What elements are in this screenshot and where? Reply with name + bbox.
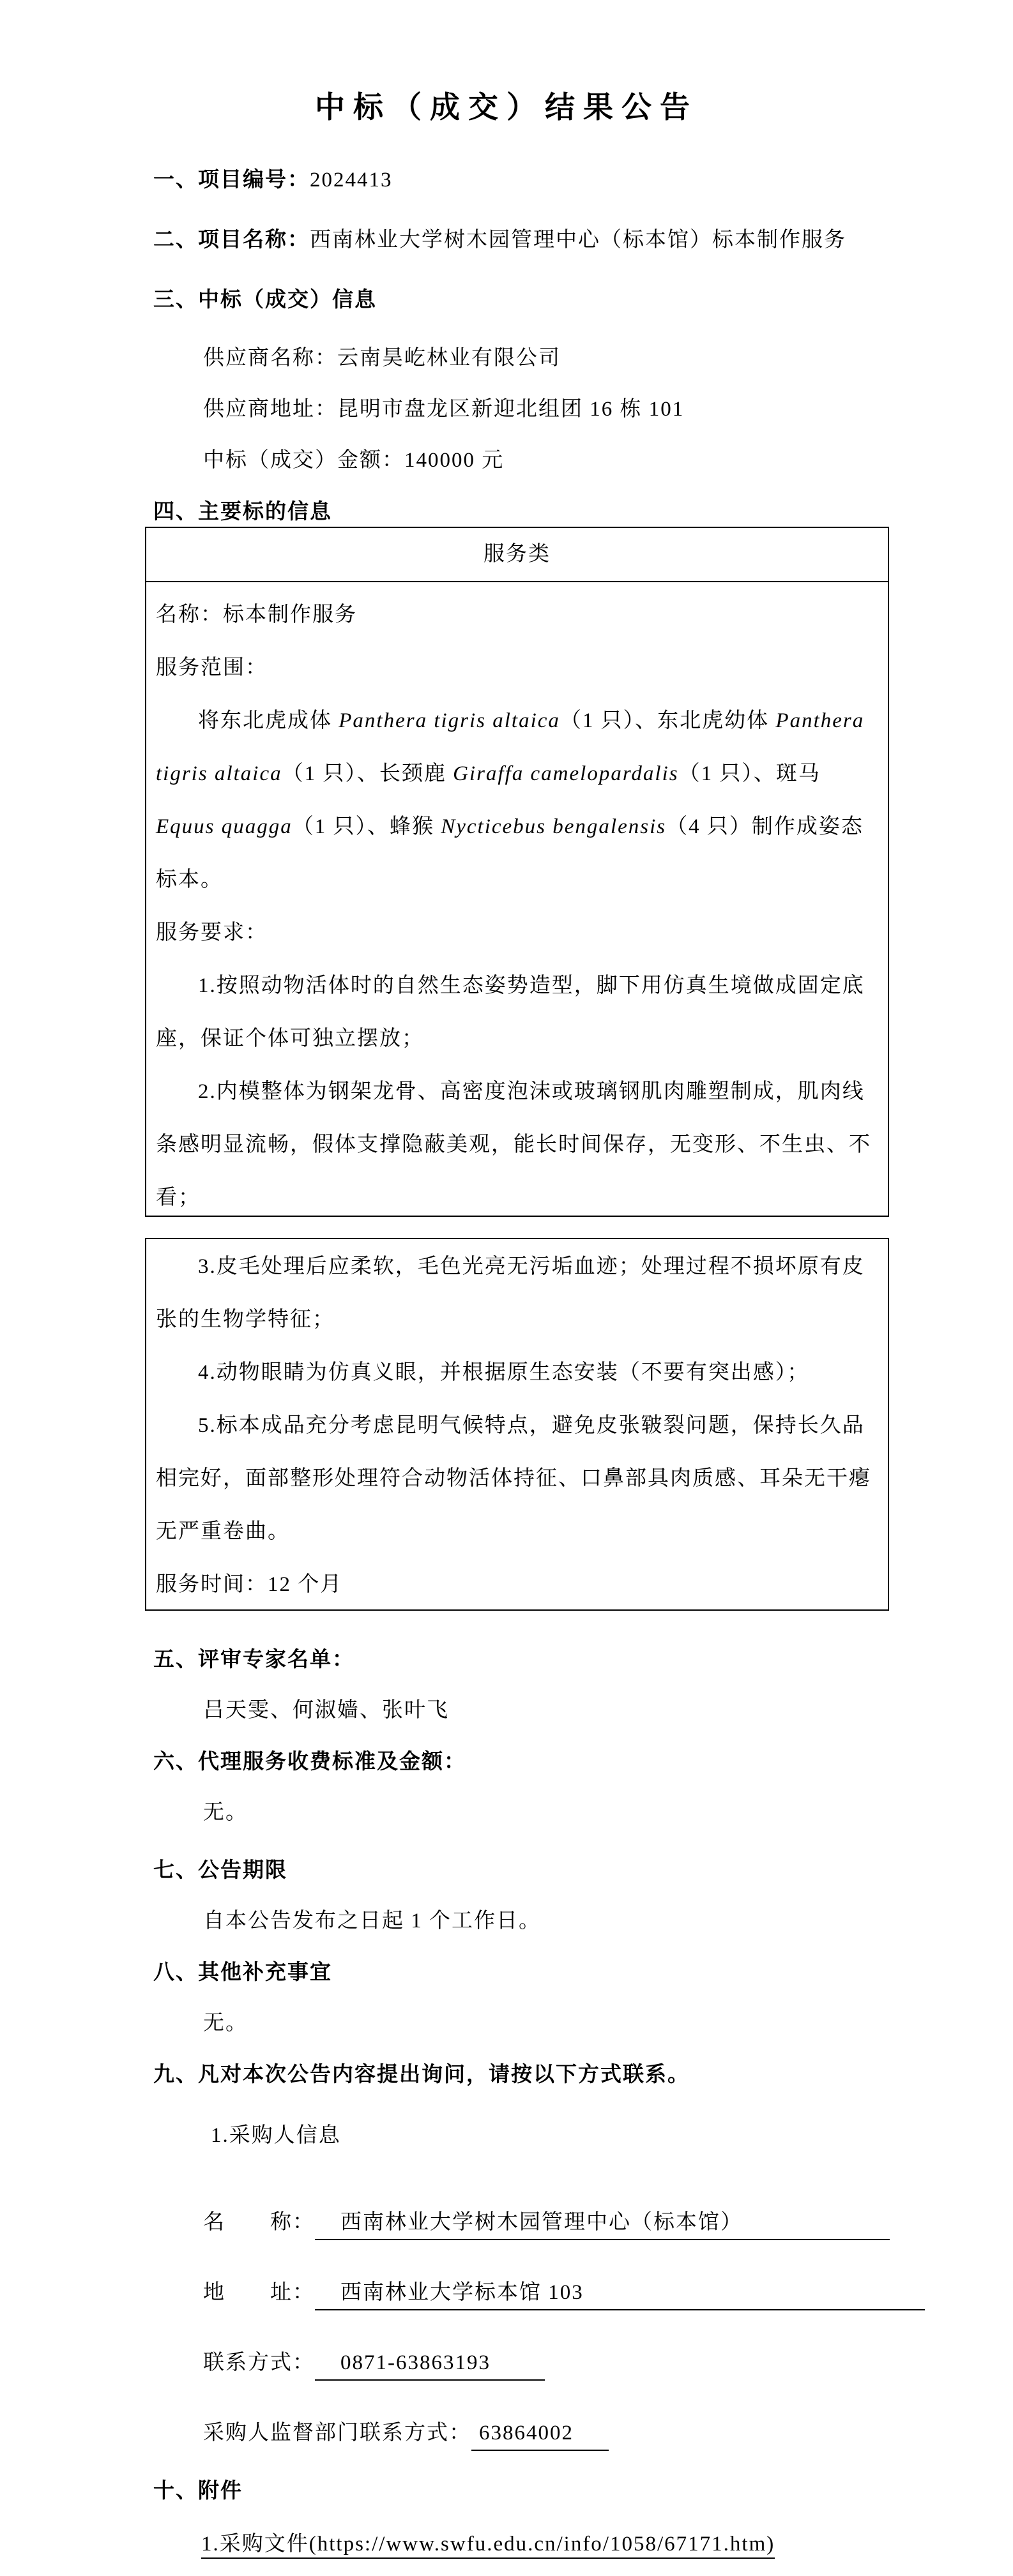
service-requirement-5: 5.标本成品充分考虑昆明气候特点，避免皮张皲裂问题，保持长久品相完好，面部整形处… — [156, 1399, 879, 1558]
attachment-link[interactable]: 1.采购文件(https://www.swfu.edu.cn/info/1058… — [201, 2533, 775, 2559]
award-amount-line: 中标（成交）金额：140000 元 — [203, 446, 504, 475]
service-scope-paragraph: 将东北虎成体 Panthera tigris altaica（1 只）、东北虎幼… — [156, 695, 879, 907]
purchaser-info-title: 1.采购人信息 — [211, 2121, 341, 2150]
project-number-value: 2024413 — [310, 169, 393, 192]
attachment-link-line: 1.采购文件(https://www.swfu.edu.cn/info/1058… — [201, 2529, 775, 2559]
section-notice-period-heading: 七、公告期限 — [153, 1855, 287, 1885]
section-agency-fee-heading: 六、代理服务收费标准及金额： — [153, 1747, 466, 1776]
experts-names-line: 吕天雯、何淑嫱、张叶飞 — [203, 1696, 449, 1725]
purchaser-name-value: 西南林业大学树木园管理中心（标本馆） — [315, 2208, 890, 2240]
section-project-name-label: 二、项目名称： — [153, 227, 310, 251]
section-award-info-heading: 三、中标（成交）信息 — [153, 285, 377, 314]
purchaser-phone-line: 联系方式：0871-63863193 — [203, 2348, 545, 2381]
notice-period-value-line: 自本公告发布之日起 1 个工作日。 — [203, 1906, 541, 1936]
section-project-number: 一、项目编号：2024413 — [153, 165, 393, 195]
purchaser-phone-value: 0871-63863193 — [315, 2348, 545, 2381]
doc-title: 中标（成交）结果公告 — [0, 88, 1013, 126]
section-project-number-label: 一、项目编号： — [153, 167, 310, 191]
agency-fee-value-line: 无。 — [203, 1798, 248, 1827]
service-requirement-2: 2.内模整体为钢架龙骨、高密度泡沫或玻璃钢肌肉雕塑制成，肌肉线条感明显流畅，假体… — [156, 1066, 879, 1217]
supplier-name-line: 供应商名称：云南昊屹林业有限公司 — [203, 343, 561, 373]
other-matters-value-line: 无。 — [203, 2008, 248, 2038]
section-subject-info-heading: 四、主要标的信息 — [153, 497, 332, 526]
section-contact-heading: 九、凡对本次公告内容提出询问，请按以下方式联系。 — [153, 2060, 690, 2089]
subject-table-part2: 3.皮毛处理后应柔软，毛色光亮无污垢血迹；处理过程不损坏原有皮张的生物学特征； … — [145, 1238, 889, 1611]
purchaser-address-value: 西南林业大学标本馆 103 — [315, 2278, 925, 2310]
section-attachment-heading: 十、附件 — [153, 2476, 243, 2505]
section-project-name: 二、项目名称：西南林业大学树木园管理中心（标本馆）标本制作服务 — [153, 225, 846, 255]
service-requirement-1: 1.按照动物活体时的自然生态姿势造型，脚下用仿真生境做成固定底座，保证个体可独立… — [156, 960, 879, 1066]
project-name-value: 西南林业大学树木园管理中心（标本馆）标本制作服务 — [310, 229, 846, 252]
supervisor-contact-line: 采购人监督部门联系方式：63864002 — [203, 2418, 609, 2451]
subject-table-body2: 3.皮毛处理后应柔软，毛色光亮无污垢血迹；处理过程不损坏原有皮张的生物学特征； … — [146, 1239, 888, 1611]
purchaser-address-label: 地 址： — [203, 2281, 315, 2304]
subject-name-line: 名称：标本制作服务 — [156, 589, 879, 642]
service-scope-label: 服务范围： — [156, 642, 879, 695]
subject-table-body1: 名称：标本制作服务 服务范围： 将东北虎成体 Panthera tigris a… — [146, 582, 888, 1217]
purchaser-name-label: 名 称： — [203, 2211, 315, 2234]
service-requirement-3: 3.皮毛处理后应柔软，毛色光亮无污垢血迹；处理过程不损坏原有皮张的生物学特征； — [156, 1240, 879, 1346]
section-other-matters-heading: 八、其他补充事宜 — [153, 1957, 332, 1987]
purchaser-address-line: 地 址：西南林业大学标本馆 103 — [203, 2278, 925, 2310]
announcement-page: 中标（成交）结果公告 一、项目编号：2024413 二、项目名称：西南林业大学树… — [0, 0, 1013, 2576]
service-time-line: 服务时间：12 个月 — [156, 1558, 879, 1611]
supplier-address-line: 供应商地址：昆明市盘龙区新迎北组团 16 栋 101 — [203, 395, 684, 424]
supervisor-contact-value: 63864002 — [471, 2418, 609, 2451]
service-requirements-label: 服务要求： — [156, 907, 879, 960]
subject-table-part1: 服务类 名称：标本制作服务 服务范围： 将东北虎成体 Panthera tigr… — [145, 527, 889, 1217]
supervisor-contact-label: 采购人监督部门联系方式： — [203, 2422, 471, 2444]
section-experts-heading: 五、评审专家名单： — [153, 1645, 354, 1674]
service-requirement-4: 4.动物眼睛为仿真义眼，并根据原生态安装（不要有突出感）； — [156, 1346, 879, 1399]
subject-table-header: 服务类 — [146, 528, 888, 582]
purchaser-phone-label: 联系方式： — [203, 2351, 315, 2374]
purchaser-name-line: 名 称：西南林业大学树木园管理中心（标本馆） — [203, 2208, 890, 2240]
